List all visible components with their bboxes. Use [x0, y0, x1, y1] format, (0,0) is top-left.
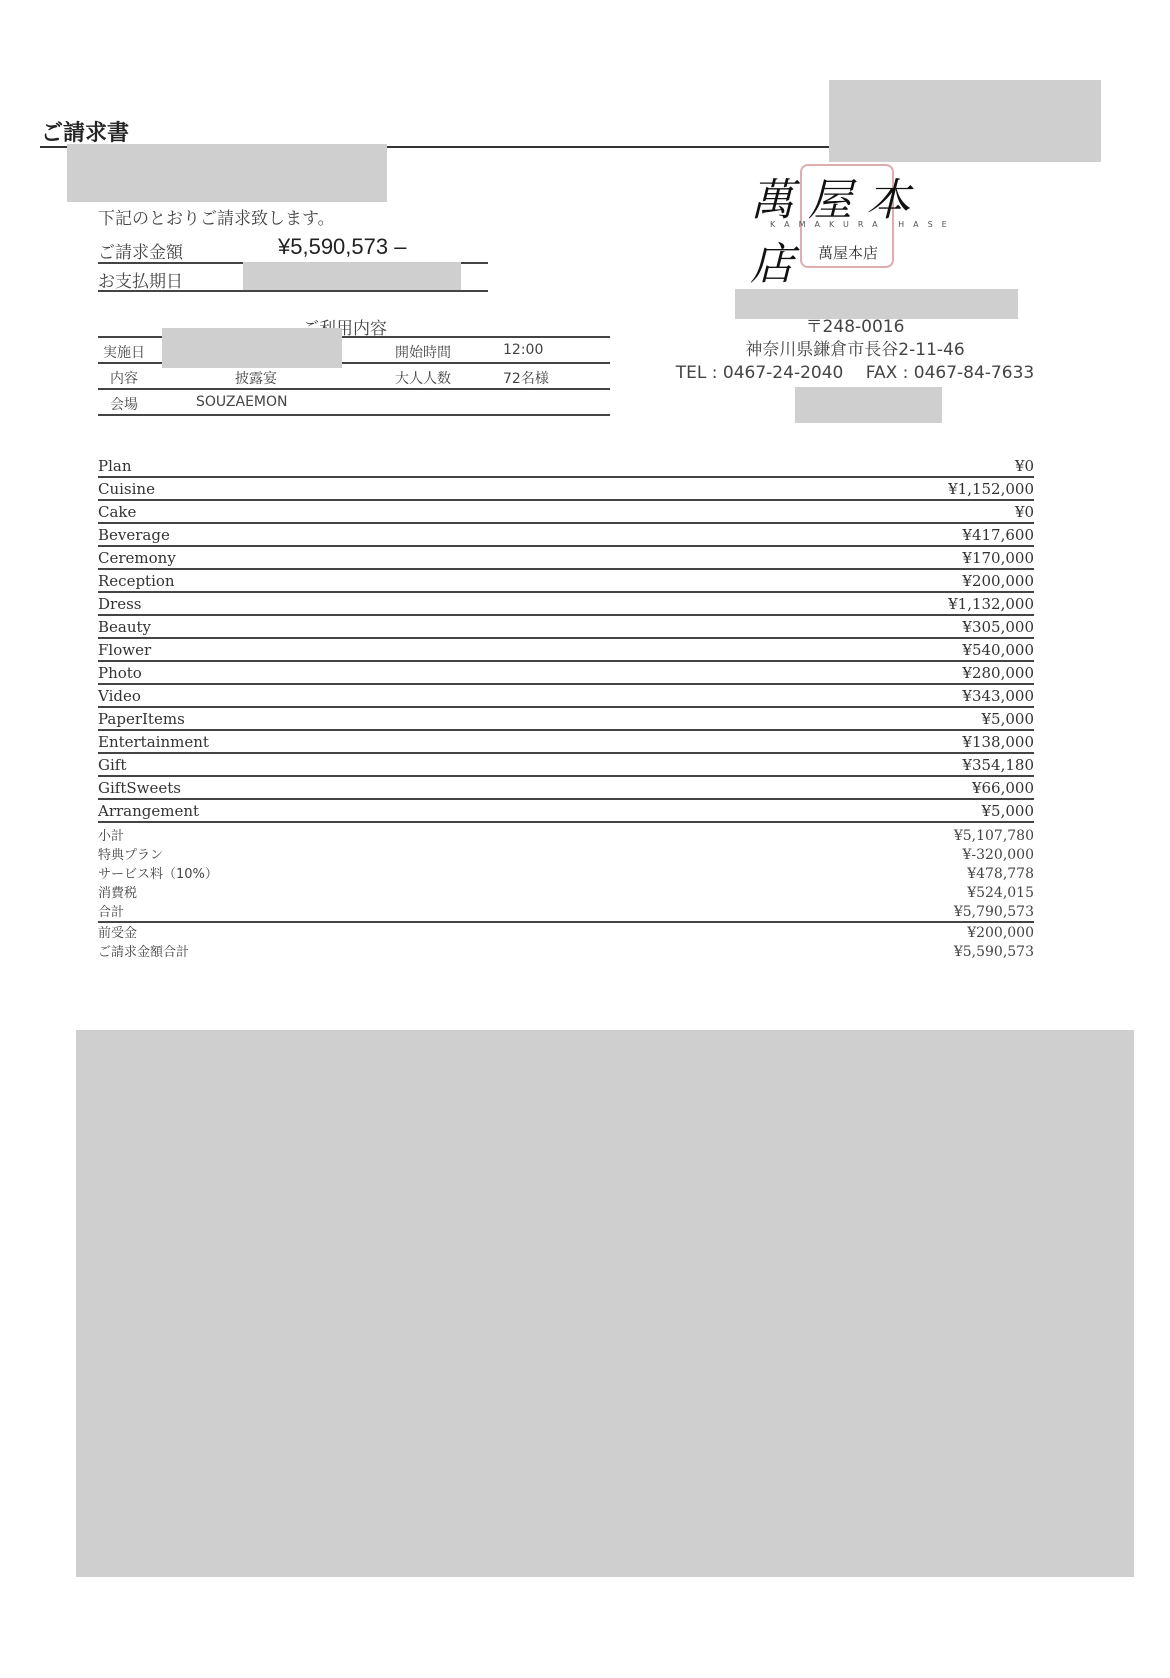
seal-text: 萬屋本店 — [818, 242, 878, 263]
redacted-company-name — [735, 289, 1018, 319]
postal-code: 〒248-0016 — [660, 316, 1050, 339]
usage-label: 内容 — [110, 368, 138, 388]
address: 神奈川県鎌倉市長谷2-11-46 — [660, 339, 1050, 362]
redacted-recipient — [67, 144, 387, 202]
line-item-name: Cuisine — [98, 480, 155, 498]
line-item-row: Entertainment¥138,000 — [98, 731, 1034, 754]
summary-table: 小計¥5,107,780特典プラン¥-320,000サービス料（10%）¥478… — [98, 826, 1034, 961]
due-date-row: お支払期日 — [98, 266, 488, 292]
redacted-event-date — [162, 328, 342, 368]
summary-amount: ¥5,790,573 — [954, 904, 1034, 920]
line-item-name: Reception — [98, 572, 175, 590]
summary-row: 特典プラン¥-320,000 — [98, 845, 1034, 864]
redacted-block — [829, 80, 1101, 162]
summary-label: 合計 — [98, 901, 124, 920]
line-item-name: Gift — [98, 756, 126, 774]
usage-label: 実施日 — [103, 342, 145, 362]
usage-value: SOUZAEMON — [196, 394, 288, 410]
line-item-row: Beverage¥417,600 — [98, 524, 1034, 547]
line-item-name: Video — [98, 687, 141, 705]
summary-row: サービス料（10%）¥478,778 — [98, 864, 1034, 883]
company-logo: 萬屋本店 KAMAKURA HASE 萬屋本店 — [740, 160, 970, 275]
line-item-amount: ¥5,000 — [982, 802, 1035, 820]
line-item-amount: ¥280,000 — [962, 664, 1034, 682]
redacted-staff — [795, 387, 942, 423]
logo-romaji: KAMAKURA HASE — [770, 220, 956, 229]
document-title: ご請求書 — [41, 116, 129, 147]
usage-value: 12:00 — [503, 342, 543, 358]
usage-row: 会場 SOUZAEMON — [98, 388, 610, 416]
summary-label: サービス料（10%） — [98, 863, 218, 882]
line-item-name: Beauty — [98, 618, 151, 636]
summary-label: ご請求金額合計 — [98, 941, 189, 960]
usage-label: 大人人数 — [395, 368, 451, 388]
summary-amount: ¥524,015 — [967, 885, 1034, 901]
redacted-bottom-block — [76, 1030, 1134, 1577]
line-item-name: PaperItems — [98, 710, 185, 728]
line-item-name: Ceremony — [98, 549, 176, 567]
line-item-amount: ¥1,152,000 — [948, 480, 1034, 498]
due-date-label: お支払期日 — [98, 267, 183, 292]
line-item-row: Video¥343,000 — [98, 685, 1034, 708]
line-item-row: Cake¥0 — [98, 501, 1034, 524]
billing-amount-label: ご請求金額 — [98, 238, 183, 263]
intro-text: 下記のとおりご請求致します。 — [98, 204, 335, 229]
line-item-row: PaperItems¥5,000 — [98, 708, 1034, 731]
line-items-table: Plan¥0Cuisine¥1,152,000Cake¥0Beverage¥41… — [98, 455, 1034, 823]
summary-amount: ¥200,000 — [967, 925, 1034, 941]
line-item-row: Plan¥0 — [98, 455, 1034, 478]
line-item-row: Beauty¥305,000 — [98, 616, 1034, 639]
line-item-amount: ¥417,600 — [962, 526, 1034, 544]
line-item-name: Cake — [98, 503, 136, 521]
line-item-amount: ¥540,000 — [962, 641, 1034, 659]
line-item-row: Gift¥354,180 — [98, 754, 1034, 777]
summary-row: ご請求金額合計¥5,590,573 — [98, 942, 1034, 961]
usage-value: 披露宴 — [235, 368, 277, 388]
line-item-amount: ¥138,000 — [962, 733, 1034, 751]
billing-amount-value: ¥5,590,573 – — [278, 234, 406, 260]
summary-row: 前受金¥200,000 — [98, 923, 1034, 942]
summary-amount: ¥478,778 — [967, 866, 1034, 882]
line-item-name: Flower — [98, 641, 151, 659]
line-item-row: Ceremony¥170,000 — [98, 547, 1034, 570]
line-item-amount: ¥200,000 — [962, 572, 1034, 590]
line-item-name: Plan — [98, 457, 132, 475]
line-item-name: Photo — [98, 664, 142, 682]
phone-fax: TEL : 0467-24-2040 FAX : 0467-84-7633 — [660, 362, 1050, 385]
line-item-amount: ¥1,132,000 — [948, 595, 1034, 613]
line-item-row: Dress¥1,132,000 — [98, 593, 1034, 616]
line-item-amount: ¥170,000 — [962, 549, 1034, 567]
line-item-row: Arrangement¥5,000 — [98, 800, 1034, 823]
line-item-name: Arrangement — [98, 802, 199, 820]
usage-label: 会場 — [110, 394, 138, 414]
usage-label: 開始時間 — [395, 342, 451, 362]
line-item-name: Dress — [98, 595, 141, 613]
summary-amount: ¥-320,000 — [962, 847, 1034, 863]
line-item-row: GiftSweets¥66,000 — [98, 777, 1034, 800]
summary-row: 消費税¥524,015 — [98, 883, 1034, 902]
line-item-name: Beverage — [98, 526, 170, 544]
redacted-due-date — [243, 262, 461, 290]
line-item-amount: ¥343,000 — [962, 687, 1034, 705]
line-item-row: Reception¥200,000 — [98, 570, 1034, 593]
billing-amount-row: ご請求金額 ¥5,590,573 – — [98, 236, 488, 264]
summary-row: 合計¥5,790,573 — [98, 902, 1034, 923]
line-item-row: Photo¥280,000 — [98, 662, 1034, 685]
summary-label: 小計 — [98, 825, 124, 844]
company-info: 〒248-0016 神奈川県鎌倉市長谷2-11-46 TEL : 0467-24… — [660, 316, 1050, 385]
usage-value: 72名様 — [503, 368, 549, 388]
line-item-amount: ¥305,000 — [962, 618, 1034, 636]
line-item-amount: ¥5,000 — [982, 710, 1035, 728]
line-item-name: Entertainment — [98, 733, 209, 751]
line-item-amount: ¥0 — [1015, 457, 1034, 475]
summary-label: 前受金 — [98, 922, 137, 941]
line-item-amount: ¥66,000 — [972, 779, 1034, 797]
summary-row: 小計¥5,107,780 — [98, 826, 1034, 845]
summary-amount: ¥5,590,573 — [954, 944, 1034, 960]
line-item-name: GiftSweets — [98, 779, 181, 797]
line-item-row: Flower¥540,000 — [98, 639, 1034, 662]
line-item-amount: ¥0 — [1015, 503, 1034, 521]
line-item-amount: ¥354,180 — [962, 756, 1034, 774]
line-item-row: Cuisine¥1,152,000 — [98, 478, 1034, 501]
summary-amount: ¥5,107,780 — [954, 828, 1034, 844]
summary-label: 特典プラン — [98, 844, 163, 863]
summary-label: 消費税 — [98, 882, 137, 901]
